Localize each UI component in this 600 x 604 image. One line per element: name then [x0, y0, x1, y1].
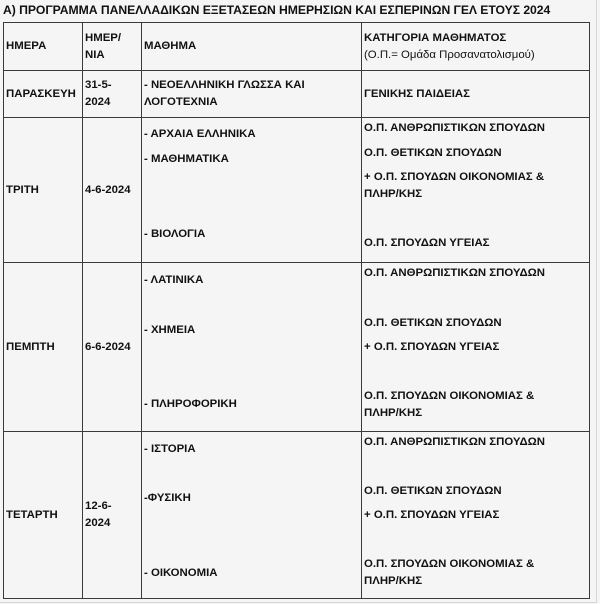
category-line: Ο.Π. ΘΕΤΙΚΩΝ ΣΠΟΥΔΩΝ: [364, 315, 502, 332]
exam-schedule-table: ΗΜΕΡΑ ΗΜΕΡ/ ΝΙΑ ΜΑΘΗΜΑ ΚΑΤΗΓΟΡΙΑ ΜΑΘΗΜΑΤ…: [3, 22, 590, 599]
subject-line: ΛΟΓΟΤΕΧΝΙΑ: [144, 94, 359, 111]
subject-cell: - ΝΕΟΕΛΛΗΝΙΚΗ ΓΛΩΣΣΑ ΚΑΙ ΛΟΓΟΤΕΧΝΙΑ: [142, 71, 362, 118]
category-cell: Ο.Π. ΑΝΘΡΩΠΙΣΤΙΚΩΝ ΣΠΟΥΔΩΝ Ο.Π. ΘΕΤΙΚΩΝ …: [362, 432, 590, 599]
category-line: Ο.Π. ΣΠΟΥΔΩΝ ΥΓΕΙΑΣ: [364, 235, 490, 252]
category-line: Ο.Π. ΘΕΤΙΚΩΝ ΣΠΟΥΔΩΝ: [364, 145, 502, 162]
date-line1: 12-6-: [85, 498, 139, 515]
day-cell: ΠΑΡΑΣΚΕΥΗ: [4, 71, 83, 118]
category-cell: Ο.Π. ΑΝΘΡΩΠΙΣΤΙΚΩΝ ΣΠΟΥΔΩΝ Ο.Π. ΘΕΤΙΚΩΝ …: [362, 263, 590, 432]
subject-cell: - ΑΡΧΑΙΑ ΕΛΛΗΝΙΚΑ - ΜΑΘΗΜΑΤΙΚΑ - ΒΙΟΛΟΓΙ…: [142, 118, 362, 263]
day-cell: ΤΕΤΑΡΤΗ: [4, 432, 83, 599]
category-line: Ο.Π. ΑΝΘΡΩΠΙΣΤΙΚΩΝ ΣΠΟΥΔΩΝ: [364, 434, 545, 451]
category-line: + Ο.Π. ΣΠΟΥΔΩΝ ΟΙΚΟΝΟΜΙΑΣ &: [364, 169, 544, 186]
subject-line: - ΒΙΟΛΟΓΙΑ: [144, 226, 205, 243]
table-header-row: ΗΜΕΡΑ ΗΜΕΡ/ ΝΙΑ ΜΑΘΗΜΑ ΚΑΤΗΓΟΡΙΑ ΜΑΘΗΜΑΤ…: [4, 23, 590, 71]
table-row: ΠΕΜΠΤΗ 6-6-2024 - ΛΑΤΙΝΙΚΑ - ΧΗΜΕΙΑ - ΠΛ…: [4, 263, 590, 432]
category-cell: ΓΕΝΙΚΗΣ ΠΑΙΔΕΙΑΣ: [362, 71, 590, 118]
category-cell: Ο.Π. ΑΝΘΡΩΠΙΣΤΙΚΩΝ ΣΠΟΥΔΩΝ Ο.Π. ΘΕΤΙΚΩΝ …: [362, 118, 590, 263]
day-cell: ΠΕΜΠΤΗ: [4, 263, 83, 432]
table-row: ΠΑΡΑΣΚΕΥΗ 31-5- 2024 - ΝΕΟΕΛΛΗΝΙΚΗ ΓΛΩΣΣ…: [4, 71, 590, 118]
date-label: 4-6-2024: [85, 184, 131, 196]
date-line1: 31-5-: [85, 77, 139, 94]
date-cell: 4-6-2024: [83, 118, 142, 263]
subject-line: - ΝΕΟΕΛΛΗΝΙΚΗ ΓΛΩΣΣΑ ΚΑΙ: [144, 77, 359, 94]
header-subject-label: ΜΑΘΗΜΑ: [144, 40, 196, 52]
header-day-label: ΗΜΕΡΑ: [6, 40, 46, 52]
date-cell: 31-5- 2024: [83, 71, 142, 118]
subject-line: - ΛΑΤΙΝΙΚΑ: [144, 272, 203, 289]
category-line: Ο.Π. ΣΠΟΥΔΩΝ ΟΙΚΟΝΟΜΙΑΣ &: [364, 388, 534, 405]
subject-line: - ΜΑΘΗΜΑΤΙΚΑ: [144, 151, 229, 168]
header-day: ΗΜΕΡΑ: [4, 23, 83, 71]
day-label: ΤΕΤΑΡΤΗ: [6, 509, 58, 521]
table-row: ΤΡΙΤΗ 4-6-2024 - ΑΡΧΑΙΑ ΕΛΛΗΝΙΚΑ - ΜΑΘΗΜ…: [4, 118, 590, 263]
day-label: ΠΑΡΑΣΚΕΥΗ: [6, 88, 76, 100]
header-date-line1: ΗΜΕΡ/: [85, 30, 139, 47]
day-cell: ΤΡΙΤΗ: [4, 118, 83, 263]
category-line: ΠΛΗΡ/ΚΗΣ: [364, 186, 422, 203]
subject-cell: - ΙΣΤΟΡΙΑ -ΦΥΣΙΚΗ - ΟΙΚΟΝΟΜΙΑ: [142, 432, 362, 599]
subject-line: - ΠΛΗΡΟΦΟΡΙΚΗ: [144, 396, 237, 413]
category-line: ΠΛΗΡ/ΚΗΣ: [364, 573, 422, 590]
header-category-line2: (Ο.Π.= Ομάδα Προσανατολισμού): [364, 47, 587, 64]
category-line: + Ο.Π. ΣΠΟΥΔΩΝ ΥΓΕΙΑΣ: [364, 507, 499, 524]
subject-line: -ΦΥΣΙΚΗ: [144, 490, 191, 507]
date-cell: 6-6-2024: [83, 263, 142, 432]
header-subject: ΜΑΘΗΜΑ: [142, 23, 362, 71]
subject-cell: - ΛΑΤΙΝΙΚΑ - ΧΗΜΕΙΑ - ΠΛΗΡΟΦΟΡΙΚΗ: [142, 263, 362, 432]
category-line: Ο.Π. ΘΕΤΙΚΩΝ ΣΠΟΥΔΩΝ: [364, 483, 502, 500]
page-title: Α) ΠΡΟΓΡΑΜΜΑ ΠΑΝΕΛΛΑΔΙΚΩΝ ΕΞΕΤΑΣΕΩΝ ΗΜΕΡ…: [3, 3, 550, 17]
date-line2: 2024: [85, 515, 139, 532]
day-label: ΠΕΜΠΤΗ: [6, 341, 55, 353]
subject-line: - ΧΗΜΕΙΑ: [144, 322, 195, 339]
header-category-line1: ΚΑΤΗΓΟΡΙΑ ΜΑΘΗΜΑΤΟΣ: [364, 30, 587, 47]
subject-line: - ΑΡΧΑΙΑ ΕΛΛΗΝΙΚΑ: [144, 126, 256, 143]
header-date-line2: ΝΙΑ: [85, 47, 139, 64]
category-line: Ο.Π. ΣΠΟΥΔΩΝ ΟΙΚΟΝΟΜΙΑΣ &: [364, 556, 534, 573]
category-line: Ο.Π. ΑΝΘΡΩΠΙΣΤΙΚΩΝ ΣΠΟΥΔΩΝ: [364, 265, 545, 282]
table-row: ΤΕΤΑΡΤΗ 12-6- 2024 - ΙΣΤΟΡΙΑ -ΦΥΣΙΚΗ - Ο…: [4, 432, 590, 599]
category-line: + Ο.Π. ΣΠΟΥΔΩΝ ΥΓΕΙΑΣ: [364, 339, 499, 356]
category-line: Ο.Π. ΑΝΘΡΩΠΙΣΤΙΚΩΝ ΣΠΟΥΔΩΝ: [364, 120, 545, 137]
header-category: ΚΑΤΗΓΟΡΙΑ ΜΑΘΗΜΑΤΟΣ (Ο.Π.= Ομάδα Προσανα…: [362, 23, 590, 71]
header-date: ΗΜΕΡ/ ΝΙΑ: [83, 23, 142, 71]
category-line: ΠΛΗΡ/ΚΗΣ: [364, 405, 422, 422]
subject-line: - ΟΙΚΟΝΟΜΙΑ: [144, 565, 218, 582]
date-line2: 2024: [85, 94, 139, 111]
date-cell: 12-6- 2024: [83, 432, 142, 599]
date-label: 6-6-2024: [85, 341, 131, 353]
day-label: ΤΡΙΤΗ: [6, 184, 39, 196]
subject-line: - ΙΣΤΟΡΙΑ: [144, 441, 196, 458]
category-line: ΓΕΝΙΚΗΣ ΠΑΙΔΕΙΑΣ: [364, 86, 587, 103]
